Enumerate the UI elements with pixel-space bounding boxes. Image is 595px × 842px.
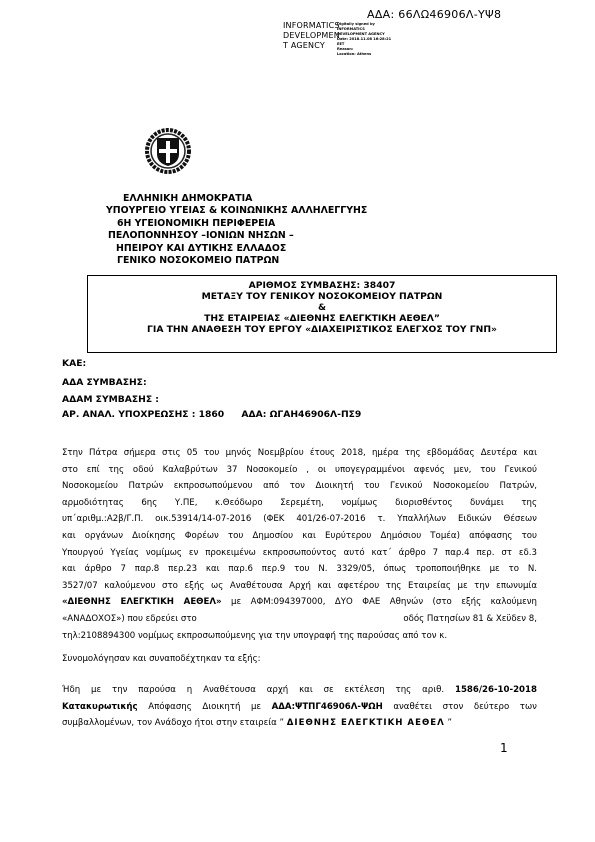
agency-line-3: T AGENCY bbox=[283, 41, 325, 50]
signature-line: INFORMATICS bbox=[337, 27, 365, 31]
issuer-line-epirus: ΗΠΕΙΡΟΥ ΚΑΙ ΔΥΤΙΚΗΣ ΕΛΛΑΔΟΣ bbox=[116, 243, 286, 255]
paragraph-line: υπ΄αριθμ.:Α2β/Γ.Π. οικ.53914/14-07-2016 … bbox=[62, 511, 537, 528]
paragraph-line: και άρθρο 7 παρ.8 περ.23 και παρ.6 περ.9… bbox=[62, 561, 537, 578]
award-decision-label: Κατακυρωτικής bbox=[62, 702, 138, 712]
award-line-1: Ήδη με την παρούσα η Αναθέτουσα αρχή και… bbox=[62, 682, 537, 699]
contract-party-hospital: ΜΕΤΑΞΥ ΤΟΥ ΓΕΝΙΚΟΥ ΝΟΣΟΚΟΜΕΙΟΥ ΠΑΤΡΩΝ bbox=[88, 291, 556, 302]
award-text: Ήδη με την παρούσα η Αναθέτουσα αρχή και… bbox=[62, 685, 455, 695]
kae-label: ΚΑΕ: bbox=[62, 358, 86, 369]
issuer-line-peloponnese: ΠΕΛΟΠΟΝΝΗΣΟΥ –ΙΟΝΙΩΝ ΝΗΣΩΝ – bbox=[108, 230, 294, 242]
paragraph-line: Στην Πάτρα σήμερα στις 05 του μηνός Νοεμ… bbox=[62, 445, 537, 462]
greek-coat-of-arms-icon bbox=[143, 126, 193, 176]
paragraph-line: Νοσοκομείου Πατρών εκπροσωπούμενου από τ… bbox=[62, 478, 537, 495]
paragraph-line: 3527/07 καλούμενου στο εξής ως Αναθέτουσ… bbox=[62, 578, 537, 595]
agency-line-2: DEVELOPMEN bbox=[283, 31, 340, 40]
commitment-ada: ΑΔΑ: ΩΓΑΗ46906Λ-ΠΣ9 bbox=[241, 409, 361, 420]
issuer-line-republic: ΕΛΛΗΝΙΚΗ ΔΗΜΟΚΡΑΤΙΑ bbox=[123, 193, 252, 205]
issuer-line-region: 6Η ΥΓΕΙΟΝΟΜΙΚΗ ΠΕΡΙΦΕΡΕΙΑ bbox=[117, 218, 275, 230]
paragraph-line: στο επί της οδού Καλαβρύτων 37 Νοσοκομεί… bbox=[62, 462, 537, 479]
agreed-text: Συνομολόγησαν και συναποδέχτηκαν τα εξής… bbox=[62, 651, 537, 668]
contractor-company-name: ΔΙΕΘΝΗΣ ΕΛΕΓΚΤΙΚΗ ΑΕΘΕΛ bbox=[287, 718, 445, 728]
agreed-line: Συνομολόγησαν και συναποδέχτηκαν τα εξής… bbox=[62, 651, 537, 668]
paragraph-line: αρμοδιότητας 6ης Υ.ΠΕ, κ.Θεόδωρο Σερεμέτ… bbox=[62, 495, 537, 512]
agency-line-1: INFORMATICS bbox=[283, 21, 340, 30]
signature-line: DEVELOPMENT AGENCY bbox=[337, 32, 385, 36]
paragraph-line: και οργάνων Διοίκησης Φορέων του Δημοσίο… bbox=[62, 528, 537, 545]
company-name-bold: «ΔΙΕΘΝΗΣ ΕΛΕΓΚΤΙΚΗ ΑΕΘΕΛ» bbox=[62, 597, 222, 607]
commitment-number: ΑΡ. ΑΝΑΛ. ΥΠΟΧΡΕΩΣΗΣ : 1860 bbox=[62, 409, 224, 420]
issuer-line-ministry: ΥΠΟΥΡΓΕΙΟ ΥΓΕΙΑΣ & ΚΟΙΝΩΝΙΚΗΣ ΑΛΛΗΛΕΓΓΥΗ… bbox=[106, 205, 367, 217]
paragraph-line: Υπουργού Υγείας νομίμως εν προκειμένω εκ… bbox=[62, 545, 537, 562]
contract-subject: ΓΙΑ ΤΗΝ ΑΝΑΘΕΣΗ ΤΟΥ ΕΡΓΟΥ «ΔΙΑΧΕΙΡΙΣΤΙΚΟ… bbox=[88, 324, 556, 335]
issuer-line-hospital: ΓΕΝΙΚΟ ΝΟΣΟΚΟΜΕΙΟ ΠΑΤΡΩΝ bbox=[117, 255, 279, 267]
award-line-2: Κατακυρωτικής Απόφασης Διοικητή με ΑΔΑ:Ψ… bbox=[62, 699, 537, 716]
decision-ada: ΑΔΑ:ΨΤΠΓ46906Λ-ΨΩΗ bbox=[272, 702, 383, 712]
paragraph-line-company: «ΔΙΕΘΝΗΣ ΕΛΕΓΚΤΙΚΗ ΑΕΘΕΛ» με ΑΦΜ:0943970… bbox=[62, 594, 537, 611]
contract-number: ΑΡΙΘΜΟΣ ΣΥΜΒΑΣΗΣ: 38407 bbox=[88, 280, 556, 291]
page-number: 1 bbox=[500, 741, 508, 755]
award-text: αναθέτει στον δεύτερο των bbox=[383, 702, 537, 712]
contract-ampersand: & bbox=[88, 302, 556, 313]
award-text: συμβαλλομένων, τον Ανάδοχο ήτοι στην ετα… bbox=[62, 718, 287, 728]
signature-line: Date: 2018.11.08 16:28:21 bbox=[337, 37, 391, 41]
digital-signature-agency-label: INFORMATICS DEVELOPMEN T AGENCY bbox=[283, 21, 340, 51]
contractor-seat-label: «ΑΝΑΔΟΧΟΣ») που εδρεύει στο bbox=[62, 614, 197, 624]
signature-line: Digitally signed by bbox=[337, 22, 375, 26]
signature-line: EET bbox=[337, 42, 344, 46]
paragraph-line-address: «ΑΝΑΔΟΧΟΣ») που εδρεύει στοοδός Πατησίων… bbox=[62, 611, 537, 628]
company-tax-info: με ΑΦΜ:094397000, ΔΥΟ ΦΑΕ Αθηνών (στο εξ… bbox=[222, 597, 537, 607]
ada-code: ΑΔΑ: 66ΛΩ46906Λ-ΥΨ8 bbox=[367, 8, 501, 21]
signature-line: Location: Athens bbox=[337, 52, 371, 56]
contractor-address: οδός Πατησίων 81 & Χεϋδεν 8, bbox=[403, 611, 537, 628]
adam-contract-label: ΑΔΑΜ ΣΥΜΒΑΣΗΣ : bbox=[62, 394, 159, 405]
signature-line: Reason: bbox=[337, 47, 353, 51]
award-paragraph: Ήδη με την παρούσα η Αναθέτουσα αρχή και… bbox=[62, 682, 537, 732]
award-text: ” bbox=[445, 718, 452, 728]
award-line-3: συμβαλλομένων, τον Ανάδοχο ήτοι στην ετα… bbox=[62, 715, 537, 732]
paragraph-line: τηλ:2108894300 νομίμως εκπροσωπούμενης γ… bbox=[62, 628, 537, 645]
digital-signature-details: Digitally signed by INFORMATICS DEVELOPM… bbox=[337, 22, 391, 57]
award-text: Απόφασης Διοικητή με bbox=[138, 702, 272, 712]
contract-title-box: ΑΡΙΘΜΟΣ ΣΥΜΒΑΣΗΣ: 38407 ΜΕΤΑΞΥ ΤΟΥ ΓΕΝΙΚ… bbox=[87, 275, 557, 353]
contract-preamble-paragraph: Στην Πάτρα σήμερα στις 05 του μηνός Νοεμ… bbox=[62, 445, 537, 644]
contract-party-company: ΤΗΣ ΕΤΑΙΡΕΙΑΣ «ΔΙΕΘΝΗΣ ΕΛΕΓΚΤΙΚΗ ΑΕΘΕΛ” bbox=[88, 313, 556, 324]
commitment-row: ΑΡ. ΑΝΑΛ. ΥΠΟΧΡΕΩΣΗΣ : 1860 ΑΔΑ: ΩΓΑΗ469… bbox=[62, 409, 361, 420]
decision-number: 1586/26-10-2018 bbox=[455, 685, 537, 695]
ada-contract-label: ΑΔΑ ΣΥΜΒΑΣΗΣ: bbox=[62, 377, 147, 388]
